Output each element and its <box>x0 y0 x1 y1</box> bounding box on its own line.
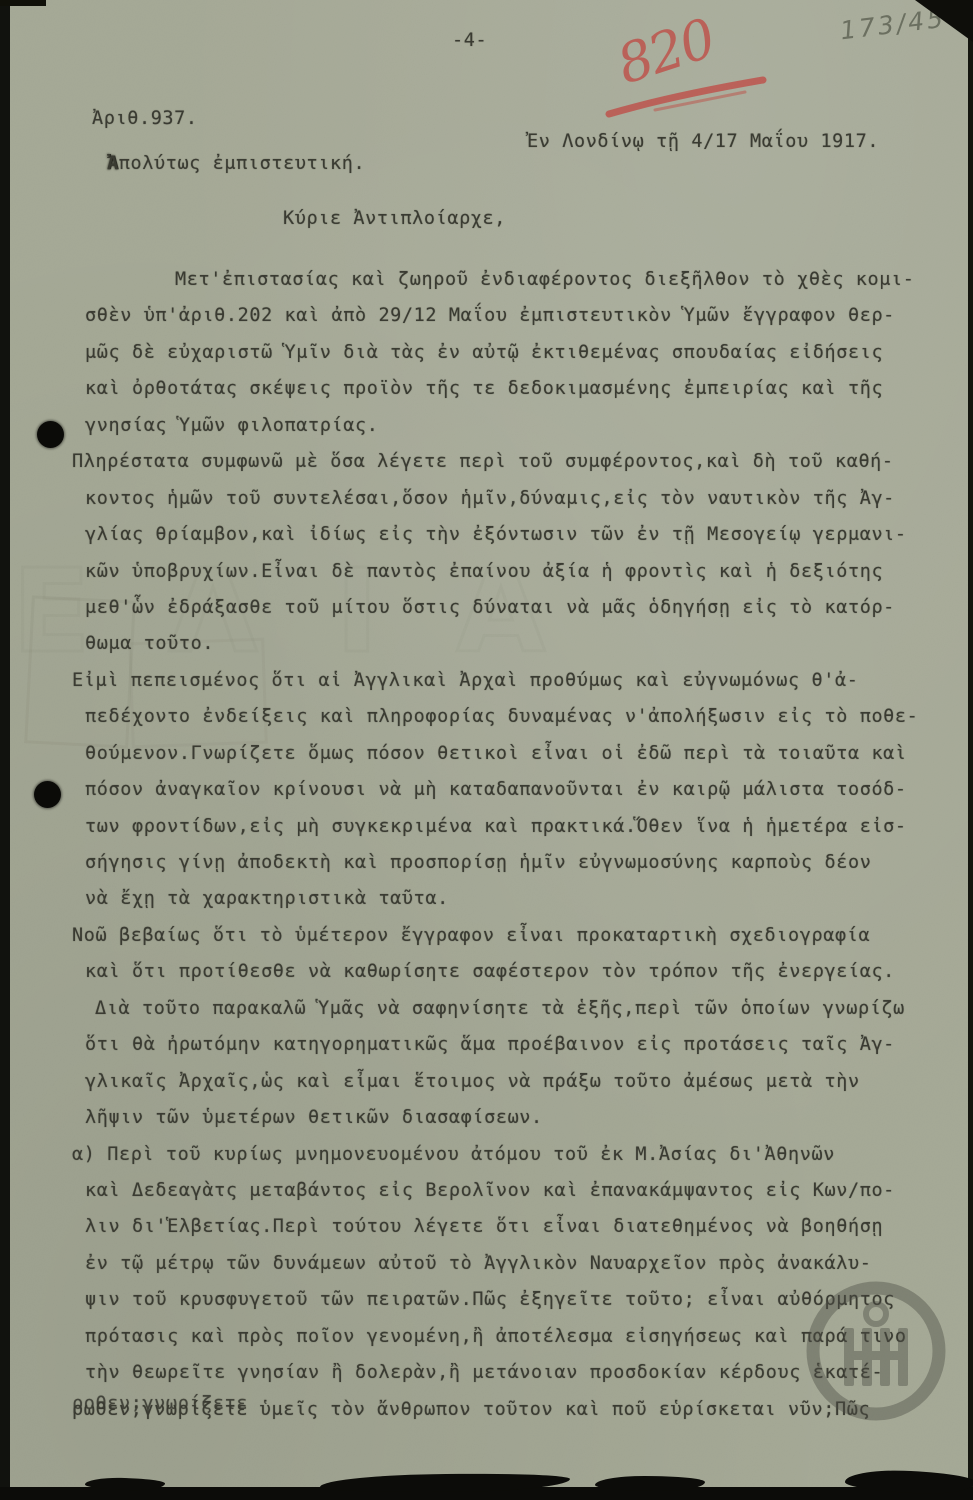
protocol-number: Ἀριθ.937. <box>92 108 198 129</box>
body-line: ψιν τοῦ κρυσφυγετοῦ τῶν πειρατῶν.Πῶς ἐξη… <box>0 1282 973 1318</box>
red-underline-swoosh <box>595 18 785 128</box>
confidentiality-label: Ἀπολύτως ἐμπιστευτική. <box>107 153 365 174</box>
body-line: των φροντίδων,εἰς μὴ συγκεκριμένα καὶ πρ… <box>0 809 973 845</box>
scan-edge-right <box>968 0 973 1500</box>
scan-corner-top-right <box>915 0 973 42</box>
red-handwritten-mark: 820 <box>595 18 785 128</box>
body-line: ἐν τῷ μέτρῳ τῶν δυνάμεων αὐτοῦ τὸ Ἀγγλικ… <box>0 1246 973 1282</box>
body-line: γλικαῖς Ἀρχαῖς,ὡς καὶ εἶμαι ἕτοιμος νὰ π… <box>0 1064 973 1100</box>
body-line: α) Περὶ τοῦ κυρίως μνημονευομένου ἀτόμου… <box>0 1137 973 1173</box>
body-line: θωμα τοῦτο. <box>0 626 973 662</box>
confidentiality-text: πολύτως ἐμπιστευτική. <box>119 153 366 174</box>
body-line: γνησίας Ὑμῶν φιλοπατρίας. <box>0 408 973 444</box>
red-mark-number: 820 <box>610 7 722 97</box>
body-line: κῶν ὑποβρυχίων.Εἶναι δὲ παντὸς ἐπαίνου ἀ… <box>0 554 973 590</box>
dateline: Ἐν Λονδίνῳ τῇ 4/17 Μαΐου 1917. <box>527 131 879 152</box>
body-line: σθὲν ὑπ'ἀριθ.202 καὶ ἀπὸ 29/12 Μαΐου ἐμπ… <box>0 298 973 334</box>
overstruck-letter: Ἀ <box>107 153 119 174</box>
hole-punch <box>34 781 61 808</box>
body-line: γλίας θρίαμβον,καὶ ἰδίως εἰς τὴν ἐξόντωσ… <box>0 517 973 553</box>
scan-edge-left <box>0 0 10 1500</box>
body-line: πρότασις καὶ πρὸς ποῖον γενομένη,ἢ ἀποτέ… <box>0 1319 973 1355</box>
body-line-overstruck: ροθεν;γνωρίζετερωθεν;γνωρίζετε ὑμεῖς τὸν… <box>0 1392 973 1428</box>
salutation: Κύριε Ἀντιπλοίαρχε, <box>283 208 506 229</box>
body-line: Μετ'ἐπιστασίας καὶ ζωηροῦ ἐνδιαφέροντος … <box>0 262 973 298</box>
body-line: Πληρέστατα συμφωνῶ μὲ ὅσα λέγετε περὶ το… <box>0 444 973 480</box>
body-line: Διὰ τοῦτο παρακαλῶ Ὑμᾶς νὰ σαφηνίσητε τὰ… <box>0 991 973 1027</box>
body-line: καὶ Δεδεαγὰτς μεταβάντος εἰς Βερολῖνον κ… <box>0 1173 973 1209</box>
body-line: νὰ ἔχῃ τὰ χαρακτηριστικὰ ταῦτα. <box>0 881 973 917</box>
scan-edge-blob <box>595 1476 705 1491</box>
page-number: -4- <box>452 30 487 51</box>
hole-punch <box>37 421 64 448</box>
body-line: πεδέχοντο ἐνδείξεις καὶ πληροφορίας δυνα… <box>0 699 973 735</box>
overstrike-ghost-text: ροθεν;γνωρίζετε <box>72 1386 248 1422</box>
document-scan: ΕΛΙΑ -4- 820 173/45 Ἀριθ.937. Ἐν Λονδίνῳ… <box>0 0 973 1500</box>
body-line: Νοῶ βεβαίως ὅτι τὸ ὑμέτερον ἔγγραφον εἶν… <box>0 918 973 954</box>
body-line: ὅτι θὰ ἠρωτόμην κατηγορηματικῶς ἅμα προέ… <box>0 1027 973 1063</box>
body-line: θούμενον.Γνωρίζετε ὅμως πόσον θετικοὶ εἶ… <box>0 736 973 772</box>
body-line: κοντος ἡμῶν τοῦ συντελέσαι,ὅσον ἡμῖν,δύν… <box>0 481 973 517</box>
body-lines: Μετ'ἐπιστασίας καὶ ζωηροῦ ἐνδιαφέροντος … <box>0 262 973 1428</box>
body-line: σήγησις γίνῃ ἀποδεκτὴ καὶ προσπορίσῃ ἡμῖ… <box>0 845 973 881</box>
body-line: λιν δι'Ἑλβετίας.Περὶ τούτου λέγετε ὅτι ε… <box>0 1209 973 1245</box>
body-line: μεθ'ὧν ἐδράξασθε τοῦ μίτου ὅστις δύναται… <box>0 590 973 626</box>
body-line: καὶ ὀρθοτάτας σκέψεις προϊὸν τῆς τε δεδο… <box>0 371 973 407</box>
body-line: Εἰμὶ πεπεισμένος ὅτι αἱ Ἀγγλικαὶ Ἀρχαὶ π… <box>0 663 973 699</box>
body-line: καὶ ὅτι προτίθεσθε νὰ καθωρίσητε σαφέστε… <box>0 954 973 990</box>
body-line: πόσον ἀναγκαῖον κρίνουσι νὰ μὴ καταδαπαν… <box>0 772 973 808</box>
body-line: μῶς δὲ εὐχαριστῶ Ὑμῖν διὰ τὰς ἐν αὐτῷ ἐκ… <box>0 335 973 371</box>
scan-corner-top-left <box>0 0 46 6</box>
body-line: λῆψιν τῶν ὑμετέρων θετικῶν διασαφίσεων. <box>0 1100 973 1136</box>
